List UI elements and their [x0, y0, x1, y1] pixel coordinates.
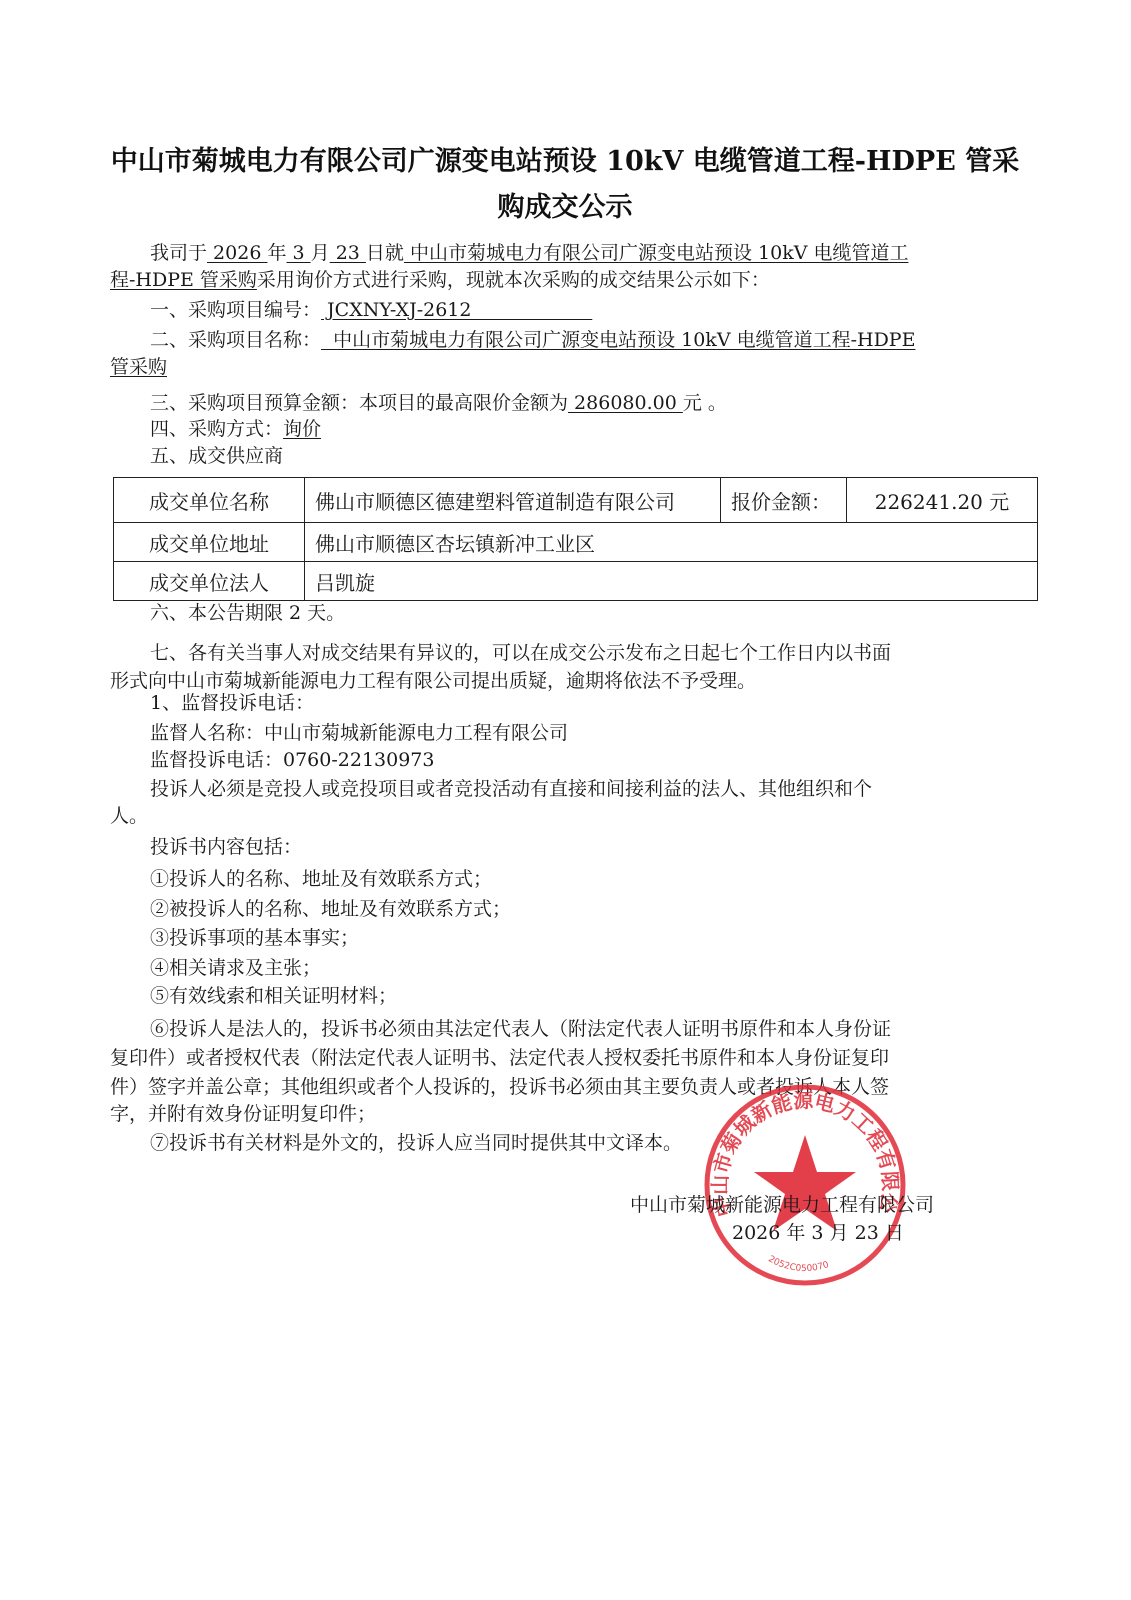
complaint-item: ⑤有效线索和相关证明材料； [150, 983, 1050, 1009]
item3-value: 286080.00 [568, 392, 683, 414]
intro-day: 23 [330, 242, 366, 264]
supplier-name-value: 佛山市顺德区德建塑料管道制造有限公司 [305, 478, 721, 523]
item3-label: 三、采购项目预算金额：本项目的最高限价金额为 [150, 392, 568, 414]
item5-supplier-heading: 五、成交供应商 [150, 443, 1050, 469]
table-row: 成交单位地址 佛山市顺德区杏坛镇新冲工业区 [114, 523, 1038, 562]
supplier-address-value: 佛山市顺德区杏坛镇新冲工业区 [305, 523, 1038, 562]
item2-label: 二、采购项目名称： [150, 329, 321, 351]
signature-date: 2026 年 3 月 23 日 [732, 1218, 904, 1248]
document-page: 中山市菊城电力有限公司广源变电站预设 10kV 电缆管道工程-HDPE 管采 购… [0, 0, 1131, 1600]
supervision-phone: 监督投诉电话：0760-22130973 [150, 747, 1050, 773]
supplier-table: 成交单位名称 佛山市顺德区德建塑料管道制造有限公司 报价金额： 226241.2… [113, 477, 1038, 601]
complaint-item: ②被投诉人的名称、地址及有效联系方式； [150, 896, 1050, 922]
table-row: 成交单位法人 吕凯旋 [114, 562, 1038, 601]
intro-prefix: 我司于 [150, 242, 207, 264]
intro-year: 2026 [207, 242, 267, 264]
signature-company: 中山市菊城新能源电力工程有限公司 [630, 1190, 934, 1220]
svg-text:2052C050070: 2052C050070 [766, 1254, 830, 1274]
item4-label: 四、采购方式： [150, 418, 283, 440]
intro-month: 3 [286, 242, 310, 264]
item3-suffix: 元 。 [683, 392, 727, 414]
supervision-heading: 1、监督投诉电话： [150, 690, 1050, 716]
table-row: 成交单位名称 佛山市顺德区德建塑料管道制造有限公司 报价金额： 226241.2… [114, 478, 1038, 523]
complaint-item: ①投诉人的名称、地址及有效联系方式； [150, 866, 1050, 892]
document-title-line2: 购成交公示 [110, 186, 1020, 230]
item1-project-number: 一、采购项目编号： JCXNY-XJ-2612 [150, 297, 1050, 323]
intro-line2: 程-HDPE 管采购采用询价方式进行采购，现就本次采购的成交结果公示如下： [110, 267, 1010, 293]
company-seal-icon: 中山市菊城新能源电力工程有限公司 2052C050070 [700, 1080, 910, 1290]
intro-project-name: 中山市菊城电力有限公司广源变电站预设 10kV 电缆管道工 [404, 242, 909, 264]
intro-month-suffix: 月 [311, 242, 330, 264]
complaint-item6-line1: ⑥投诉人是法人的，投诉书必须由其法定代表人（附法定代表人证明书原件和本人身份证 [150, 1016, 1050, 1042]
item3-budget: 三、采购项目预算金额：本项目的最高限价金额为 286080.00 元 。 [150, 390, 1050, 416]
intro-day-suffix: 日就 [366, 242, 404, 264]
supplier-legal-label: 成交单位法人 [114, 562, 305, 601]
complaint-item: ③投诉事项的基本事实； [150, 925, 1050, 951]
complaint-item: ④相关请求及主张； [150, 955, 1050, 981]
item2-project-name-cont: 管采购 [110, 354, 1010, 380]
complaint-item7: ⑦投诉书有关材料是外文的，投诉人应当同时提供其中文译本。 [150, 1130, 1050, 1156]
intro-line1: 我司于 2026 年 3 月 23 日就 中山市菊城电力有限公司广源变电站预设 … [150, 240, 1050, 266]
requirement-line1: 投诉人必须是竞投人或竞投项目或者竞投活动有直接和间接利益的法人、其他组织和个 [150, 776, 1050, 802]
item1-value: JCXNY-XJ-2612 [321, 299, 592, 321]
price-label: 报价金额： [721, 478, 847, 523]
item1-label: 一、采购项目编号： [150, 299, 321, 321]
item2-project-name: 二、采购项目名称： 中山市菊城电力有限公司广源变电站预设 10kV 电缆管道工程… [150, 327, 1050, 353]
item2-value: 中山市菊城电力有限公司广源变电站预设 10kV 电缆管道工程-HDPE [321, 329, 915, 351]
item6-period: 六、本公告期限 2 天。 [150, 600, 1050, 626]
supplier-legal-value: 吕凯旋 [305, 562, 1038, 601]
supplier-address-label: 成交单位地址 [114, 523, 305, 562]
intro-project-name-cont: 程-HDPE 管采购 [110, 269, 257, 291]
complaint-heading: 投诉书内容包括： [150, 834, 1050, 860]
price-value: 226241.20 元 [847, 478, 1038, 523]
supplier-name-label: 成交单位名称 [114, 478, 305, 523]
complaint-item6-line2: 复印件）或者授权代表（附法定代表人证明书、法定代表人授权委托书原件和本人身份证复… [110, 1045, 1010, 1071]
supervisor-name: 监督人名称：中山市菊城新能源电力工程有限公司 [150, 720, 1050, 746]
item2-value-cont: 管采购 [110, 356, 167, 378]
document-title-line1: 中山市菊城电力有限公司广源变电站预设 10kV 电缆管道工程-HDPE 管采 [110, 140, 1020, 184]
item7-line1: 七、各有关当事人对成交结果有异议的，可以在成交公示发布之日起七个工作日内以书面 [150, 640, 1050, 666]
intro-rest: 采用询价方式进行采购，现就本次采购的成交结果公示如下： [257, 269, 770, 291]
item4-method: 四、采购方式：询价 [150, 416, 1050, 442]
requirement-line2: 人。 [110, 803, 1010, 829]
intro-year-suffix: 年 [267, 242, 286, 264]
item4-value: 询价 [283, 418, 321, 440]
